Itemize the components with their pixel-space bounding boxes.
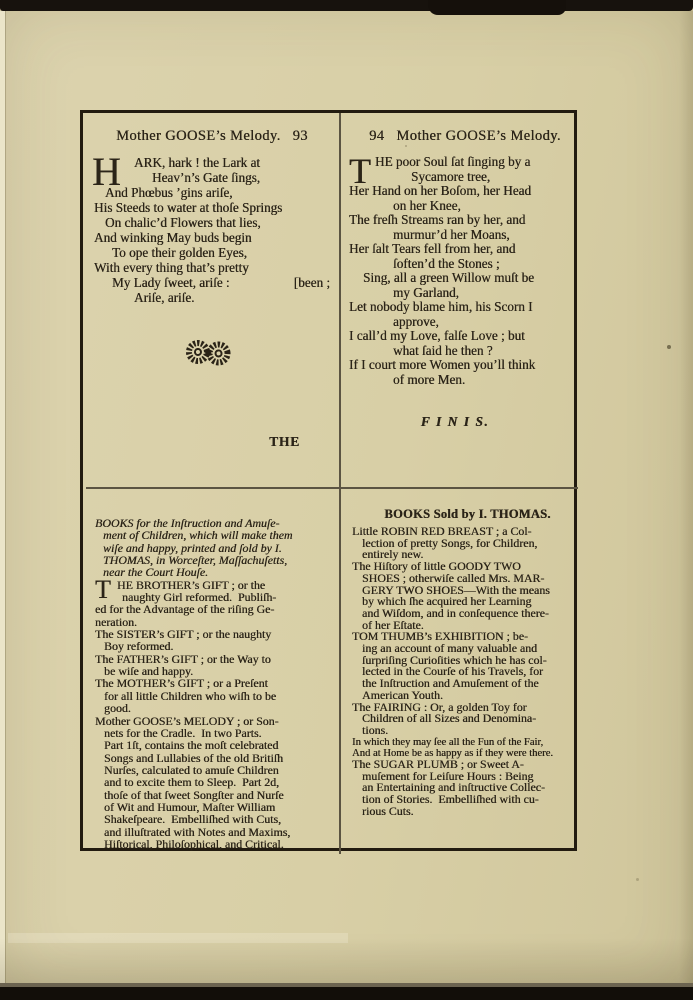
advert-line: and to excite them to Sleep. Part 2d, [95,776,335,788]
page-number-93: 93 [293,128,308,144]
poem-line: on her Knee, [349,199,581,214]
hark-poem: H ARK, hark ! the Lark atHeav’n’s Gate ſ… [92,155,332,305]
column-divider-rule [339,113,341,854]
poem-line: Ariſe, ariſe. [92,290,332,305]
poem-line: murmur’d her Moans, [349,228,581,243]
dust-speck [636,878,639,881]
page-right-shadow [679,11,693,987]
poem-line: ſoften’d the Stones ; [349,257,581,272]
page-bottom-shadow [0,938,693,983]
poem-line: of more Men. [349,373,581,388]
poem-line: Her Hand on her Boſom, her Head [349,184,581,199]
poem-line: And Phœbus ’gins ariſe, [92,185,332,200]
running-title: Mother GOOSE’s Melody. [116,128,281,144]
page-94-header: 94Mother GOOSE’s Melody. [349,128,581,145]
poem-line: My Lady ſweet, ariſe :[been ; [92,275,332,290]
books-sold-list: Little ROBIN RED BREAST ; a Col-lection … [352,526,583,818]
poem-line: Heav’n’s Gate ſings, [92,170,332,185]
books-sold-heading: BOOKS Sold by I. THOMAS. [352,507,583,522]
books-sold-panel: BOOKS Sold by I. THOMAS. Little ROBIN RE… [352,500,583,852]
advert-line: ed for the Advantage of the riſing Ge- [95,603,335,615]
photo-bottom-edge [0,987,693,1000]
poem-line: Her ſalt Tears fell from her, and [349,242,581,257]
advert-line: Hiſtorical, Philoſophical, and Critical. [95,838,335,850]
page-93-panel: Mother GOOSE’s Melody.93 H ARK, hark ! t… [92,128,332,478]
poem-line: If I court more Women you’ll think [349,358,581,373]
turnover-text: [been ; [294,275,330,290]
advert-line: for all little Children who wiſh to be [95,690,335,702]
poem-line: On chalic’d Flowers that lies, [92,215,332,230]
advert-line: The MOTHER’s GIFT ; or a Preſent [95,677,335,689]
page-left-edge-line [5,11,6,987]
advert-line: In which they may ſee all the Fun of the… [352,737,583,748]
advert-line: Part 1ſt, contains the moſt celebrated [95,739,335,751]
dust-speck [667,345,671,349]
poem-line: To ope their golden Eyes, [92,245,332,260]
willow-poem: T HE poor Soul ſat ſinging by aSycamore … [349,155,581,387]
advert-line: Mother GOOSE’s MELODY ; or Son- [95,715,335,727]
running-title: Mother GOOSE’s Melody. [396,128,561,144]
page-number-94: 94 [369,128,384,144]
poem-line: The freſh Streams ran by her, and [349,213,581,228]
poem-line: Sing, all a green Willow muſt be [349,271,581,286]
poem-line: ARK, hark ! the Lark at [92,155,332,170]
book-scan: Mother GOOSE’s Melody.93 H ARK, hark ! t… [0,0,693,1000]
advert-line: near the Court Houſe. [95,566,335,578]
page-94-panel: 94Mother GOOSE’s Melody. T HE poor Soul … [349,128,581,478]
poem-line: HE poor Soul ſat ſinging by a [349,155,581,170]
poem-line: And winking May buds begin [92,230,332,245]
catchword-the: THE [269,434,300,450]
poem-line: Sycamore tree, [349,170,581,185]
poem-line: His Steeds to water at thoſe Springs [92,200,332,215]
books-advert-panel: T BOOKS for the Inſtruction and Amuſe-me… [95,500,335,852]
page-93-header: Mother GOOSE’s Melody.93 [92,128,332,145]
printer-rosette-ornament-icon [179,331,241,379]
poem-line: With every thing that’s pretty [92,260,332,275]
advert-line: rious Cuts. [352,806,583,818]
poem-line: I call’d my Love, falſe Love ; but [349,329,581,344]
poem-line: approve, [349,315,581,330]
advert-line: Boy reformed. [95,640,335,652]
photo-top-edge [0,0,693,11]
finis-label: F I N I S. [339,414,571,430]
advert-line: good. [95,702,335,714]
photo-top-edge-blob [428,0,566,15]
poem-line: my Garland, [349,286,581,301]
section-divider-rule [86,487,578,489]
advert-line: ment of Children, which will make them [95,529,335,541]
advert-line: Shakeſpeare. Embelliſhed with Cuts, [95,813,335,825]
poem-line: what ſaid he then ? [349,344,581,359]
poem-line: Let nobody blame him, his Scorn I [349,300,581,315]
advert-line: tions. [352,725,583,737]
